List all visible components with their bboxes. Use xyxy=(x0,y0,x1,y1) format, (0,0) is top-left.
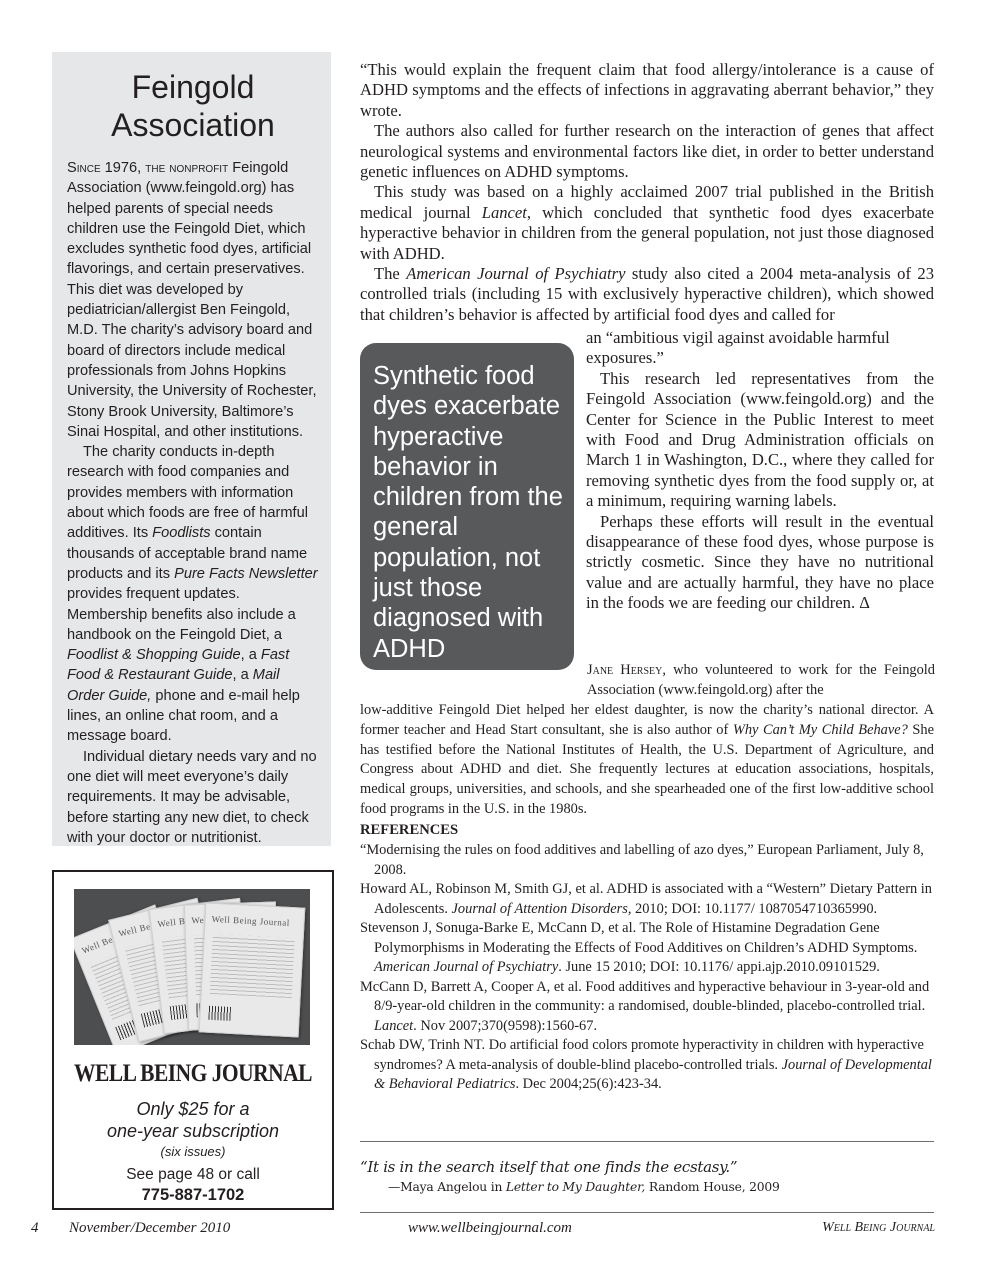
divider-rule xyxy=(360,1212,934,1213)
journal-issues-photo: Well Being Journal Well Being Journal We… xyxy=(74,889,310,1045)
author-bio-first-line: Jane Hersey, who volunteered to work for… xyxy=(587,661,935,701)
sidebar-paragraph-3: Individual dietary needs vary and no one… xyxy=(67,747,319,848)
sidebar-lead-in: Since 1976, the nonprofit xyxy=(67,160,228,176)
sidebar-paragraph-1: Since 1976, the nonprofit Feingold Assoc… xyxy=(67,158,319,442)
page-number: 4 xyxy=(31,1220,69,1237)
epigraph-attribution: —Maya Angelou in Letter to My Daughter, … xyxy=(360,1178,934,1196)
divider-rule xyxy=(360,1141,934,1142)
article-body: “This would explain the frequent claim t… xyxy=(360,60,934,325)
epigraph: “It is in the search itself that one fin… xyxy=(360,1156,934,1196)
lancet-title: Lancet xyxy=(482,203,527,222)
subscription-ad: Well Being Journal Well Being Journal We… xyxy=(52,870,334,1210)
reference-item: Howard AL, Robinson M, Smith GJ, et al. … xyxy=(360,880,934,919)
reference-item: Stevenson J, Sonuga-Barke E, McCann D, e… xyxy=(360,919,934,978)
ajp-title: American Journal of Psychiatry xyxy=(406,264,625,283)
pull-quote: Synthetic food dyes exacerbate hyperacti… xyxy=(360,343,574,670)
footer-publication: Well Being Journal xyxy=(822,1220,935,1236)
article-paragraph: This study was based on a highly acclaim… xyxy=(360,182,934,264)
references-section: REFERENCES “Modernising the rules on foo… xyxy=(360,820,934,1095)
article-paragraph: an “ambitious vigil against avoidable ha… xyxy=(586,328,934,369)
journal-issue-image: Well Being Journal xyxy=(199,902,306,1037)
article-paragraph: The authors also called for further rese… xyxy=(360,121,934,182)
ad-see-page: See page 48 or call xyxy=(54,1166,332,1184)
article-paragraph: The American Journal of Psychiatry study… xyxy=(360,264,934,325)
reference-item: “Modernising the rules on food additives… xyxy=(360,841,934,880)
footer-url[interactable]: www.wellbeingjournal.com xyxy=(408,1220,572,1237)
ad-issue-count: (six issues) xyxy=(54,1144,332,1159)
issue-date: November/December 2010 xyxy=(69,1220,230,1236)
article-paragraph: This research led representatives from t… xyxy=(586,369,934,512)
ad-price: Only $25 for a one-year subscription xyxy=(54,1098,332,1142)
footer-issue: 4November/December 2010 xyxy=(31,1220,230,1237)
article-body-wrapped: an “ambitious vigil against avoidable ha… xyxy=(586,328,934,614)
book-title: Why Can’t My Child Behave? xyxy=(733,722,908,738)
reference-item: McCann D, Barrett A, Cooper A, et al. Fo… xyxy=(360,978,934,1037)
article-paragraph: Perhaps these efforts will result in the… xyxy=(586,512,934,614)
sidebar-paragraph-2: The charity conducts in-depth research w… xyxy=(67,442,319,746)
feingold-sidebar: Feingold Association Since 1976, the non… xyxy=(52,52,331,846)
author-bio: low-additive Feingold Diet helped her el… xyxy=(360,701,934,820)
article-paragraph: “This would explain the frequent claim t… xyxy=(360,60,934,121)
newsletter-title: Pure Facts Newsletter xyxy=(174,566,318,582)
foodlists-title: Foodlists xyxy=(152,525,210,541)
sidebar-title: Feingold Association xyxy=(67,68,319,144)
epigraph-text: “It is in the search itself that one fin… xyxy=(360,1156,934,1178)
ad-title: WELL BEING JOURNAL xyxy=(73,1060,312,1088)
references-heading: REFERENCES xyxy=(360,820,934,840)
shopping-guide-title: Foodlist & Shopping Guide xyxy=(67,647,241,663)
reference-item: Schab DW, Trinh NT. Do artificial food c… xyxy=(360,1036,934,1095)
author-name: Jane Hersey xyxy=(587,662,662,678)
ad-phone-number: 775-887-1702 xyxy=(54,1186,332,1205)
